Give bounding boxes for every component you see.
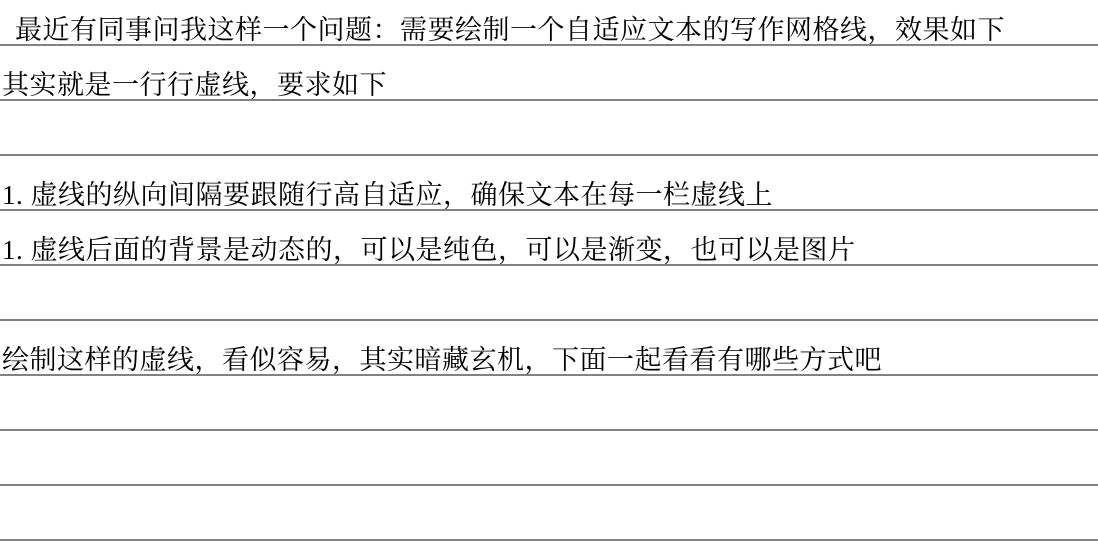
row-text: 其实就是一行行虚线，要求如下	[0, 71, 387, 99]
ruled-line-row	[0, 431, 1098, 486]
row-text: 1. 虚线的纵向间隔要跟随行高自适应，确保文本在每一栏虚线上	[0, 181, 773, 209]
ruled-line-row	[0, 101, 1098, 156]
row-text: 1. 虚线后面的背景是动态的，可以是纯色，可以是渐变，也可以是图片	[0, 236, 856, 264]
ruled-line-row: 绘制这样的虚线，看似容易，其实暗藏玄机，下面一起看看有哪些方式吧	[0, 321, 1098, 376]
writing-grid-page: 最近有同事问我这样一个问题：需要绘制一个自适应文本的写作网格线，效果如下 其实就…	[0, 0, 1098, 549]
row-text: 绘制这样的虚线，看似容易，其实暗藏玄机，下面一起看看有哪些方式吧	[0, 346, 882, 374]
ruled-line-row	[0, 266, 1098, 321]
ruled-line-row: 1. 虚线后面的背景是动态的，可以是纯色，可以是渐变，也可以是图片	[0, 211, 1098, 266]
ruled-line-row: 1. 虚线的纵向间隔要跟随行高自适应，确保文本在每一栏虚线上	[0, 156, 1098, 211]
ruled-line-row: 其实就是一行行虚线，要求如下	[0, 46, 1098, 101]
ruled-line-row	[0, 376, 1098, 431]
ruled-line-row	[0, 486, 1098, 541]
row-text: 最近有同事问我这样一个问题：需要绘制一个自适应文本的写作网格线，效果如下	[0, 16, 1005, 44]
ruled-line-row: 最近有同事问我这样一个问题：需要绘制一个自适应文本的写作网格线，效果如下	[0, 0, 1098, 46]
